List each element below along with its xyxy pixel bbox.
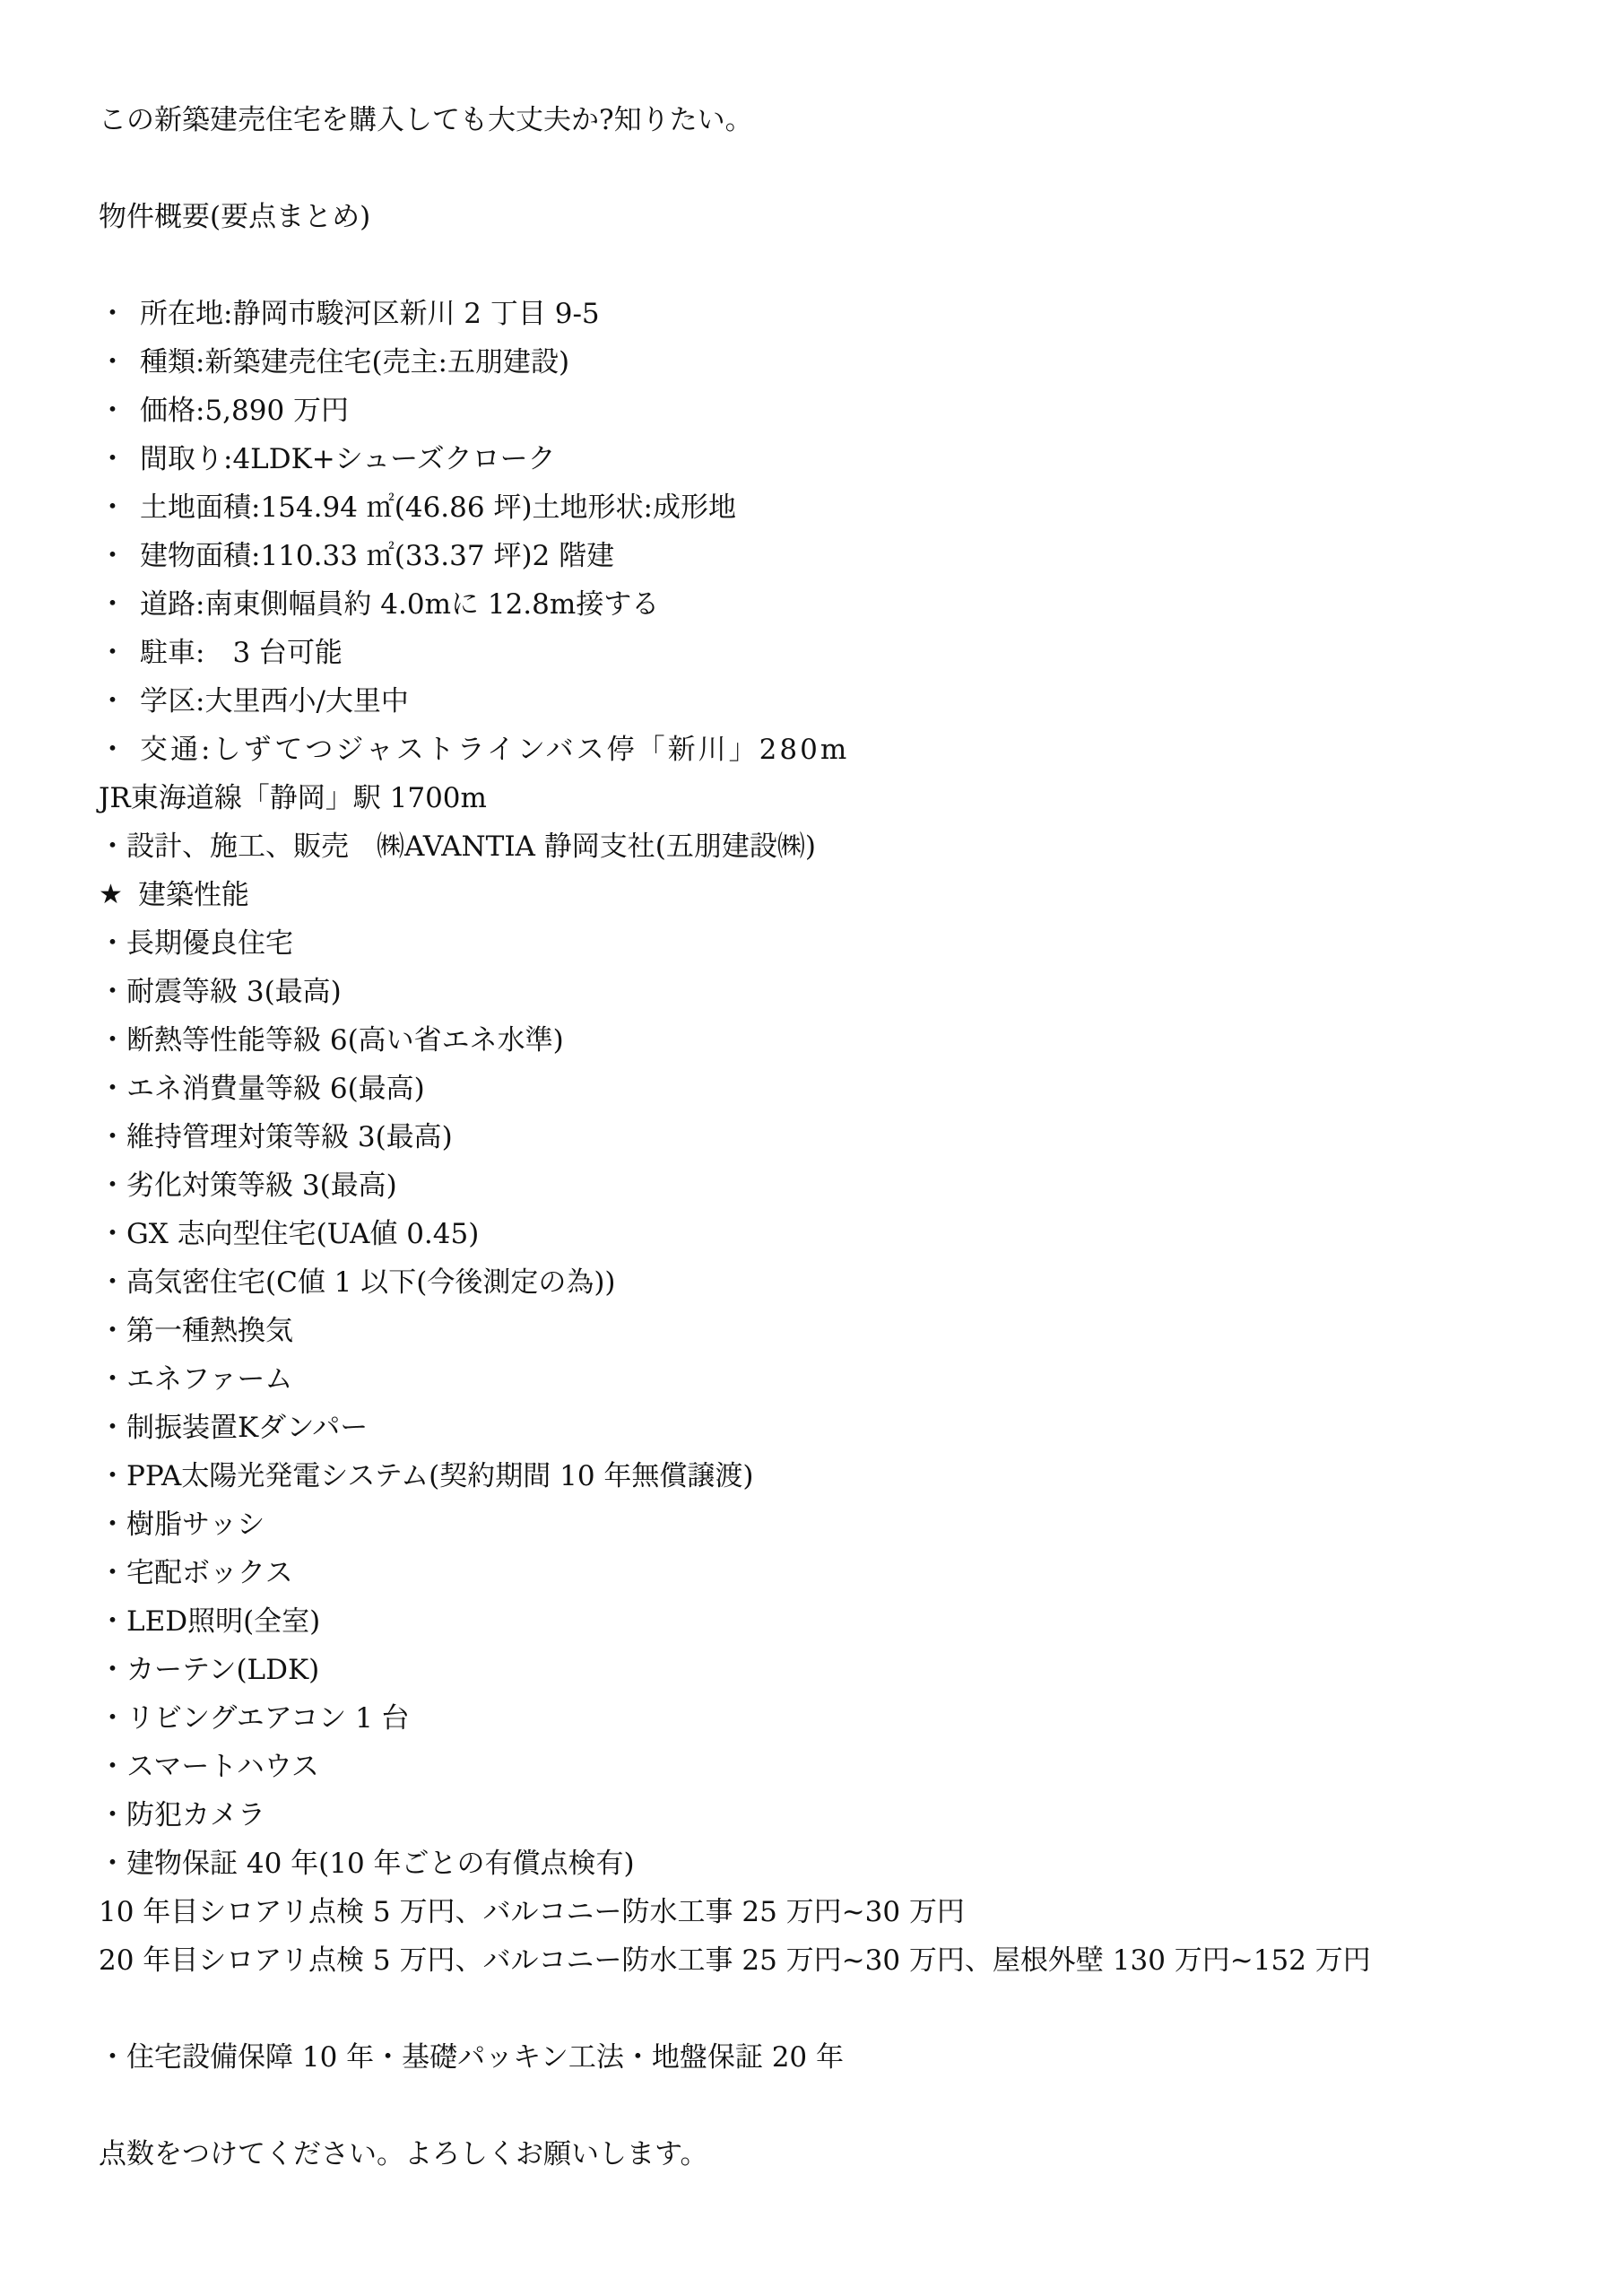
performance-item: ・劣化対策等級 3(最高): [99, 1161, 1559, 1210]
overview-item-text: 駐車: 3 台可能: [140, 629, 1559, 677]
performance-item: ・防犯カメラ: [99, 1791, 1559, 1839]
performance-item: ・LED照明(全室): [99, 1597, 1559, 1646]
spacer: [99, 1985, 1559, 2033]
bullet-marker: ・: [99, 387, 140, 435]
performance-item: ・スマートハウス: [99, 1743, 1559, 1791]
performance-item: ・カーテン(LDK): [99, 1646, 1559, 1694]
overview-item-price: ・ 価格:5,890 万円: [99, 387, 1559, 435]
performance-item: ・断熱等性能等級 6(高い省エネ水準): [99, 1016, 1559, 1065]
bullet-marker: ・: [99, 338, 140, 387]
overview-item-school-district: ・ 学区:大里西小/大里中: [99, 677, 1559, 726]
overview-item-transport: ・ 交通:しずてつジャストラインバス停「新川」280m: [99, 726, 1559, 774]
performance-item: ・エネファーム: [99, 1355, 1559, 1404]
spacer: [99, 2082, 1559, 2130]
star-icon: ★: [99, 871, 138, 919]
transport-distance-line: JR東海道線「静岡」駅 1700m: [99, 774, 1559, 822]
performance-item: ・維持管理対策等級 3(最高): [99, 1113, 1559, 1161]
performance-item: ・長期優良住宅: [99, 919, 1559, 968]
bullet-marker: ・: [99, 677, 140, 726]
overview-item-building-area: ・ 建物面積:110.33 ㎡(33.37 坪)2 階建: [99, 532, 1559, 580]
overview-item-text: 間取り:4LDK+シューズクローク: [140, 435, 1559, 483]
bullet-marker: ・: [99, 290, 140, 338]
overview-item-text: 交通:しずてつジャストラインバス停「新川」280m: [140, 726, 1559, 774]
performance-item: ・高気密住宅(C値 1 以下(今後測定の為)): [99, 1258, 1559, 1307]
overview-item-text: 所在地:静岡市駿河区新川 2 丁目 9-5: [140, 290, 1559, 338]
performance-item: ・耐震等級 3(最高): [99, 968, 1559, 1016]
bullet-marker: ・: [99, 532, 140, 580]
overview-item-parking: ・ 駐車: 3 台可能: [99, 629, 1559, 677]
performance-heading: ★ 建築性能: [99, 871, 1559, 919]
bullet-marker: ・: [99, 580, 140, 629]
spacer: [99, 144, 1559, 193]
performance-item: ・PPA太陽光発電システム(契約期間 10 年無償譲渡): [99, 1452, 1559, 1500]
overview-item-land-area: ・ 土地面積:154.94 ㎡(46.86 坪)土地形状:成形地: [99, 483, 1559, 532]
overview-item-type: ・ 種類:新築建売住宅(売主:五朋建設): [99, 338, 1559, 387]
builder-line: ・設計、施工、販売 ㈱AVANTIA 静岡支社(五朋建設㈱): [99, 822, 1559, 871]
spacer: [99, 241, 1559, 290]
overview-item-location: ・ 所在地:静岡市駿河区新川 2 丁目 9-5: [99, 290, 1559, 338]
performance-item: ・制振装置Kダンパー: [99, 1404, 1559, 1452]
performance-heading-label: 建築性能: [138, 871, 249, 919]
overview-item-text: 土地面積:154.94 ㎡(46.86 坪)土地形状:成形地: [140, 483, 1559, 532]
bullet-marker: ・: [99, 483, 140, 532]
performance-item: ・リビングエアコン 1 台: [99, 1694, 1559, 1743]
overview-item-text: 学区:大里西小/大里中: [140, 677, 1559, 726]
maintenance-cost-line: 10 年目シロアリ点検 5 万円、バルコニー防水工事 25 万円~30 万円: [99, 1888, 1559, 1936]
maintenance-cost-line: 20 年目シロアリ点検 5 万円、バルコニー防水工事 25 万円~30 万円、屋…: [99, 1936, 1559, 1985]
overview-item-text: 価格:5,890 万円: [140, 387, 1559, 435]
document-page: この新築建売住宅を購入しても大丈夫か?知りたい。 物件概要(要点まとめ) ・ 所…: [0, 0, 1622, 2296]
performance-item: ・第一種熱換気: [99, 1307, 1559, 1355]
question-line: この新築建売住宅を購入しても大丈夫か?知りたい。: [99, 96, 1559, 144]
overview-item-floorplan: ・ 間取り:4LDK+シューズクローク: [99, 435, 1559, 483]
overview-item-road: ・ 道路:南東側幅員約 4.0mに 12.8m接する: [99, 580, 1559, 629]
section-title: 物件概要(要点まとめ): [99, 193, 1559, 241]
performance-item: ・GX 志向型住宅(UA値 0.45): [99, 1210, 1559, 1258]
bullet-marker: ・: [99, 435, 140, 483]
performance-item: ・樹脂サッシ: [99, 1500, 1559, 1549]
overview-item-text: 道路:南東側幅員約 4.0mに 12.8m接する: [140, 580, 1559, 629]
performance-item: ・エネ消費量等級 6(最高): [99, 1065, 1559, 1113]
overview-item-text: 建物面積:110.33 ㎡(33.37 坪)2 階建: [140, 532, 1559, 580]
overview-item-text: 種類:新築建売住宅(売主:五朋建設): [140, 338, 1559, 387]
performance-item: ・建物保証 40 年(10 年ごとの有償点検有): [99, 1839, 1559, 1888]
performance-item: ・宅配ボックス: [99, 1549, 1559, 1597]
warranty-line: ・住宅設備保障 10 年・基礎パッキン工法・地盤保証 20 年: [99, 2033, 1559, 2082]
closing-line: 点数をつけてください。よろしくお願いします。: [99, 2130, 1559, 2179]
bullet-marker: ・: [99, 629, 140, 677]
bullet-marker: ・: [99, 726, 140, 774]
